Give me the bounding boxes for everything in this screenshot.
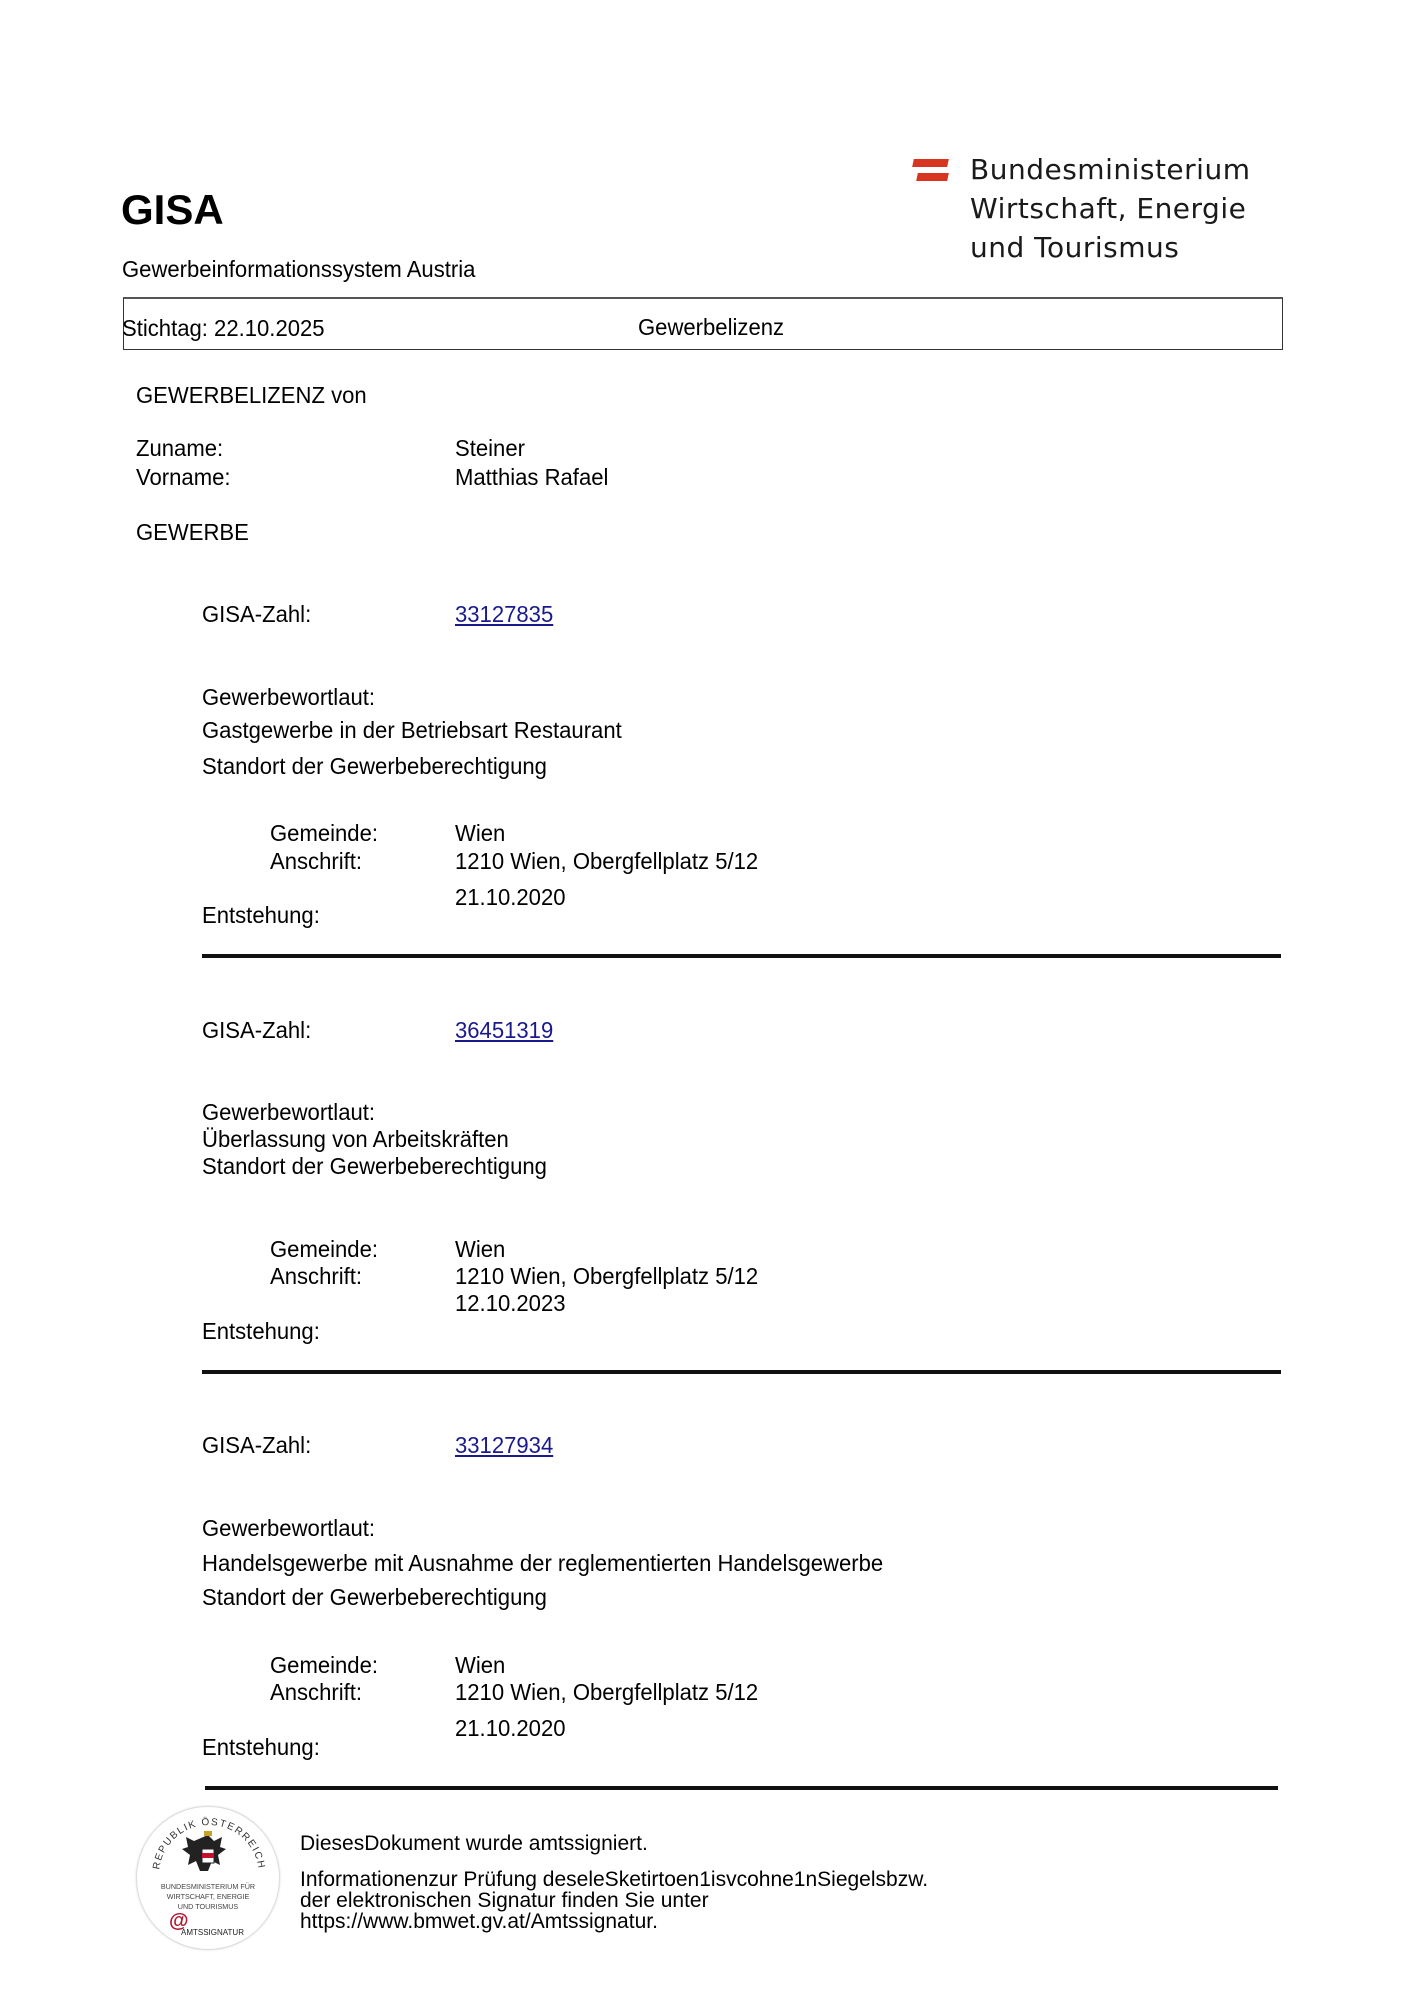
- anschrift-value: 1210 Wien, Obergfellplatz 5/12: [455, 1265, 758, 1288]
- entstehung-value: 21.10.2020: [455, 1717, 566, 1740]
- gisa-zahl-label: GISA-Zahl:: [202, 1019, 311, 1042]
- gisa-zahl-link[interactable]: 36451319: [455, 1019, 553, 1042]
- entstehung-label: Entstehung:: [202, 1736, 320, 1759]
- gemeinde-value: Wien: [455, 1238, 505, 1261]
- signature-notice: DiesesDokument wurde amtssigniert.: [300, 1833, 648, 1854]
- entstehung-label: Entstehung:: [202, 1320, 320, 1343]
- stichtag-date: Stichtag: 22.10.2025: [122, 317, 325, 340]
- standort-heading: Standort der Gewerbeberechtigung: [202, 755, 547, 778]
- gewerbewortlaut-label: Gewerbewortlaut:: [202, 686, 375, 709]
- eagle-coat-of-arms-icon: [182, 1831, 226, 1871]
- anschrift-label: Anschrift:: [270, 850, 362, 873]
- seal-graphic: REPUBLIK ÖSTERREICH BUNDESMINISTERIUM FÜ…: [137, 1807, 279, 1949]
- entstehung-value: 12.10.2023: [455, 1292, 566, 1315]
- zuname-value: Steiner: [455, 437, 525, 460]
- page-subtitle: Gewerbeinformationssystem Austria: [122, 258, 475, 281]
- seal-line-2: WIRTSCHAFT, ENERGIE: [167, 1892, 250, 1901]
- seal-bottom-text: AMTSSIGNATUR: [181, 1928, 244, 1937]
- gewerbewortlaut-label: Gewerbewortlaut:: [202, 1101, 375, 1124]
- gewerbewortlaut-label: Gewerbewortlaut:: [202, 1517, 375, 1540]
- ministry-name-line-3: und Tourismus: [970, 234, 1179, 262]
- verification-info-line-2: der elektronischen Signatur finden Sie u…: [300, 1890, 709, 1911]
- entstehung-label: Entstehung:: [202, 904, 320, 927]
- gisa-zahl-label: GISA-Zahl:: [202, 1434, 311, 1457]
- section-divider: [202, 1370, 1281, 1374]
- gewerbewortlaut-value: Überlassung von Arbeitskräften: [202, 1128, 509, 1151]
- gemeinde-label: Gemeinde:: [270, 1238, 378, 1261]
- gisa-zahl-link[interactable]: 33127835: [455, 603, 553, 626]
- seal-line-1: BUNDESMINISTERIUM FÜR: [161, 1882, 255, 1891]
- zuname-label: Zuname:: [136, 437, 223, 460]
- gisa-zahl-link[interactable]: 33127934: [455, 1434, 553, 1457]
- standort-heading: Standort der Gewerbeberechtigung: [202, 1586, 547, 1609]
- anschrift-value: 1210 Wien, Obergfellplatz 5/12: [455, 850, 758, 873]
- anschrift-value: 1210 Wien, Obergfellplatz 5/12: [455, 1681, 758, 1704]
- vorname-value: Matthias Rafael: [455, 466, 608, 489]
- section-divider: [202, 954, 1281, 958]
- gewerbewortlaut-value: Handelsgewerbe mit Ausnahme der reglemen…: [202, 1552, 883, 1575]
- page-title: GISA: [121, 189, 224, 231]
- ministry-name-line-2: Wirtschaft, Energie: [970, 195, 1246, 223]
- document-type: Gewerbelizenz: [638, 316, 784, 339]
- section-divider: [205, 1786, 1278, 1790]
- entstehung-value: 21.10.2020: [455, 886, 566, 909]
- anschrift-label: Anschrift:: [270, 1265, 362, 1288]
- gisa-zahl-label: GISA-Zahl:: [202, 603, 311, 626]
- vorname-label: Vorname:: [136, 466, 231, 489]
- verification-url[interactable]: https://www.bmwet.gv.at/Amtssignatur.: [300, 1911, 658, 1932]
- gemeinde-value: Wien: [455, 1654, 505, 1677]
- gemeinde-value: Wien: [455, 822, 505, 845]
- anschrift-label: Anschrift:: [270, 1681, 362, 1704]
- verification-info-line-1: Informationenzur Prüfung deseleSketirtoe…: [300, 1869, 928, 1890]
- ministry-name-line-1: Bundesministerium: [970, 156, 1250, 184]
- license-heading: GEWERBELIZENZ von: [136, 384, 367, 407]
- amtssignatur-seal: REPUBLIK ÖSTERREICH BUNDESMINISTERIUM FÜ…: [136, 1806, 280, 1950]
- standort-heading: Standort der Gewerbeberechtigung: [202, 1155, 547, 1178]
- gemeinde-label: Gemeinde:: [270, 1654, 378, 1677]
- gewerbewortlaut-value: Gastgewerbe in der Betriebsart Restauran…: [202, 719, 622, 742]
- gemeinde-label: Gemeinde:: [270, 822, 378, 845]
- gewerbe-heading: GEWERBE: [136, 521, 249, 544]
